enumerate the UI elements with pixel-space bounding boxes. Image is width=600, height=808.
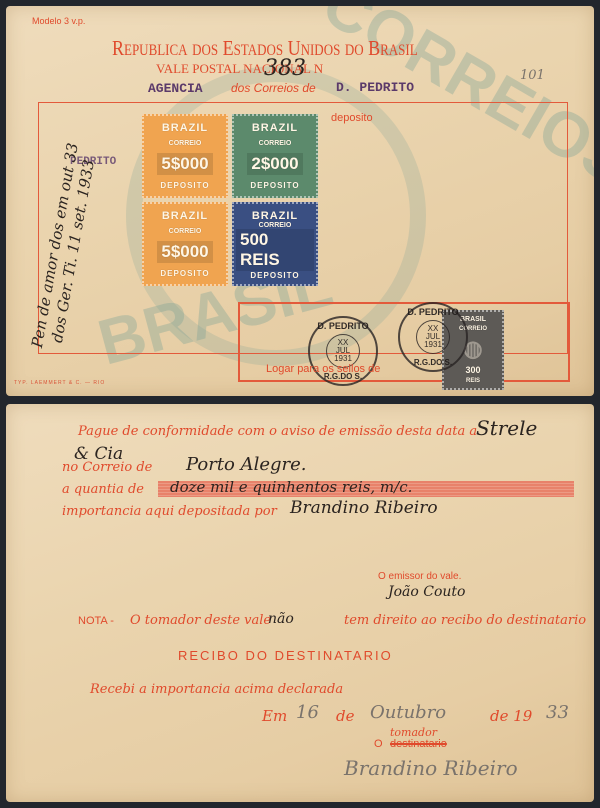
postmark-town: D. PEDRITO xyxy=(407,307,458,317)
receipt-month: Outubro xyxy=(370,702,446,723)
receipt-day: 16 xyxy=(296,702,319,723)
payment-office: Porto Alegre. xyxy=(186,454,307,475)
de-label-year: de 19 xyxy=(490,707,532,725)
emissor-label: O emissor do vale. xyxy=(378,571,461,582)
vale-number: 383 xyxy=(264,56,306,81)
stamp-service: CORREIO xyxy=(169,228,202,235)
corner-note: 101 xyxy=(520,68,545,83)
correios-de-label: dos Correios de xyxy=(231,81,316,95)
stamp-5000-reis-2: BRAZIL CORREIO 5$000 DEPOSITO xyxy=(142,202,228,286)
postmark-date: XX JUL 1931 xyxy=(416,320,450,354)
stamp-box-bottom xyxy=(238,380,568,382)
payee-name: Strele xyxy=(476,416,537,440)
emissor-signature: João Couto xyxy=(388,584,465,600)
stamp-5000-reis-1: BRAZIL CORREIO 5$000 DEPOSITO xyxy=(142,114,228,198)
stamp-country: BRAZIL xyxy=(162,210,208,222)
depositor-name: Brandino Ribeiro xyxy=(290,498,438,518)
stamp-box-left xyxy=(238,302,240,382)
stamp-country: BRAZIL xyxy=(252,122,298,134)
stamp-service: CORREIO xyxy=(259,222,292,229)
postmark-year: 1931 xyxy=(424,341,442,349)
stamp-label: DEPOSITO xyxy=(160,181,209,190)
stamp-value: 300 xyxy=(465,365,480,375)
stamp-country: BRAZIL xyxy=(252,210,298,222)
stamp-value: 5$000 xyxy=(157,241,212,263)
agencia-label: AGENCIA xyxy=(148,81,203,96)
stamp-label: DEPOSITO xyxy=(250,271,299,280)
deposito-label: deposito xyxy=(331,112,373,124)
stamp-unit: REIS xyxy=(466,378,480,384)
receiver-signature: Brandino Ribeiro xyxy=(344,756,518,780)
postal-order-front: CORREIOS BRASIL Modelo 3 v.p. Republica … xyxy=(6,6,594,396)
stamp-label: DEPOSITO xyxy=(250,181,299,190)
stamp-country: BRAZIL xyxy=(162,122,208,134)
receipt-year: 33 xyxy=(546,702,569,723)
logar-sellos-label: Logar para os sellos de xyxy=(266,363,380,375)
nota-text-2: tem direito ao recibo do destinatario xyxy=(344,613,586,628)
pague-label: Pague de conformidade com o aviso de emi… xyxy=(78,424,477,439)
nota-handwritten: não xyxy=(268,611,294,627)
postmark-town: D. PEDRITO xyxy=(317,321,368,331)
recebi-label: Recebi a importancia acima declarada xyxy=(90,682,343,697)
stamp-label: DEPOSITO xyxy=(160,269,209,278)
stamp-box-top xyxy=(238,302,568,304)
amount-words: doze mil e quinhentos reis, m/c. xyxy=(170,478,412,496)
quantia-label: a quantia de xyxy=(62,482,144,497)
destinatario-struck: destinatario xyxy=(390,738,447,750)
nota-text-1: O tomador deste vale xyxy=(130,613,271,628)
correio-de-label: no Correio de xyxy=(62,460,152,475)
postmark-2: D. PEDRITO XX JUL 1931 R.G.DO S. xyxy=(398,302,468,372)
stamp-box-right xyxy=(568,302,570,382)
printer-imprint: TYP. LAEMMERT & C. — RIO xyxy=(14,380,105,386)
stamp-service: CORREIO xyxy=(169,140,202,147)
postmark-year: 1931 xyxy=(334,355,352,363)
importancia-label: importancia aqui depositada por xyxy=(62,504,277,519)
postmark-state: R.G.DO S. xyxy=(414,358,452,367)
postmark-1: D. PEDRITO XX JUL 1931 R.G.DO S. xyxy=(308,316,378,386)
o-label: O xyxy=(374,738,383,750)
recibo-title: RECIBO DO DESTINATARIO xyxy=(178,648,393,663)
stamp-2000-reis: BRAZIL CORREIO 2$000 DEPOSITO xyxy=(232,114,318,198)
stamp-value: 2$000 xyxy=(247,153,302,175)
stamp-service: CORREIO xyxy=(259,140,292,147)
stamp-500-reis: BRAZIL CORREIO 500 REIS DEPOSITO xyxy=(232,202,318,286)
stamp-value: 5$000 xyxy=(157,153,212,175)
modelo-label: Modelo 3 v.p. xyxy=(32,16,85,26)
agency-city: D. PEDRITO xyxy=(336,80,414,95)
de-label: de xyxy=(336,707,354,725)
stamp-value: 500 REIS xyxy=(236,229,314,271)
nota-label: NOTA - xyxy=(78,615,114,627)
postal-order-back: Pague de conformidade com o aviso de emi… xyxy=(6,404,594,802)
em-label: Em xyxy=(262,707,287,725)
